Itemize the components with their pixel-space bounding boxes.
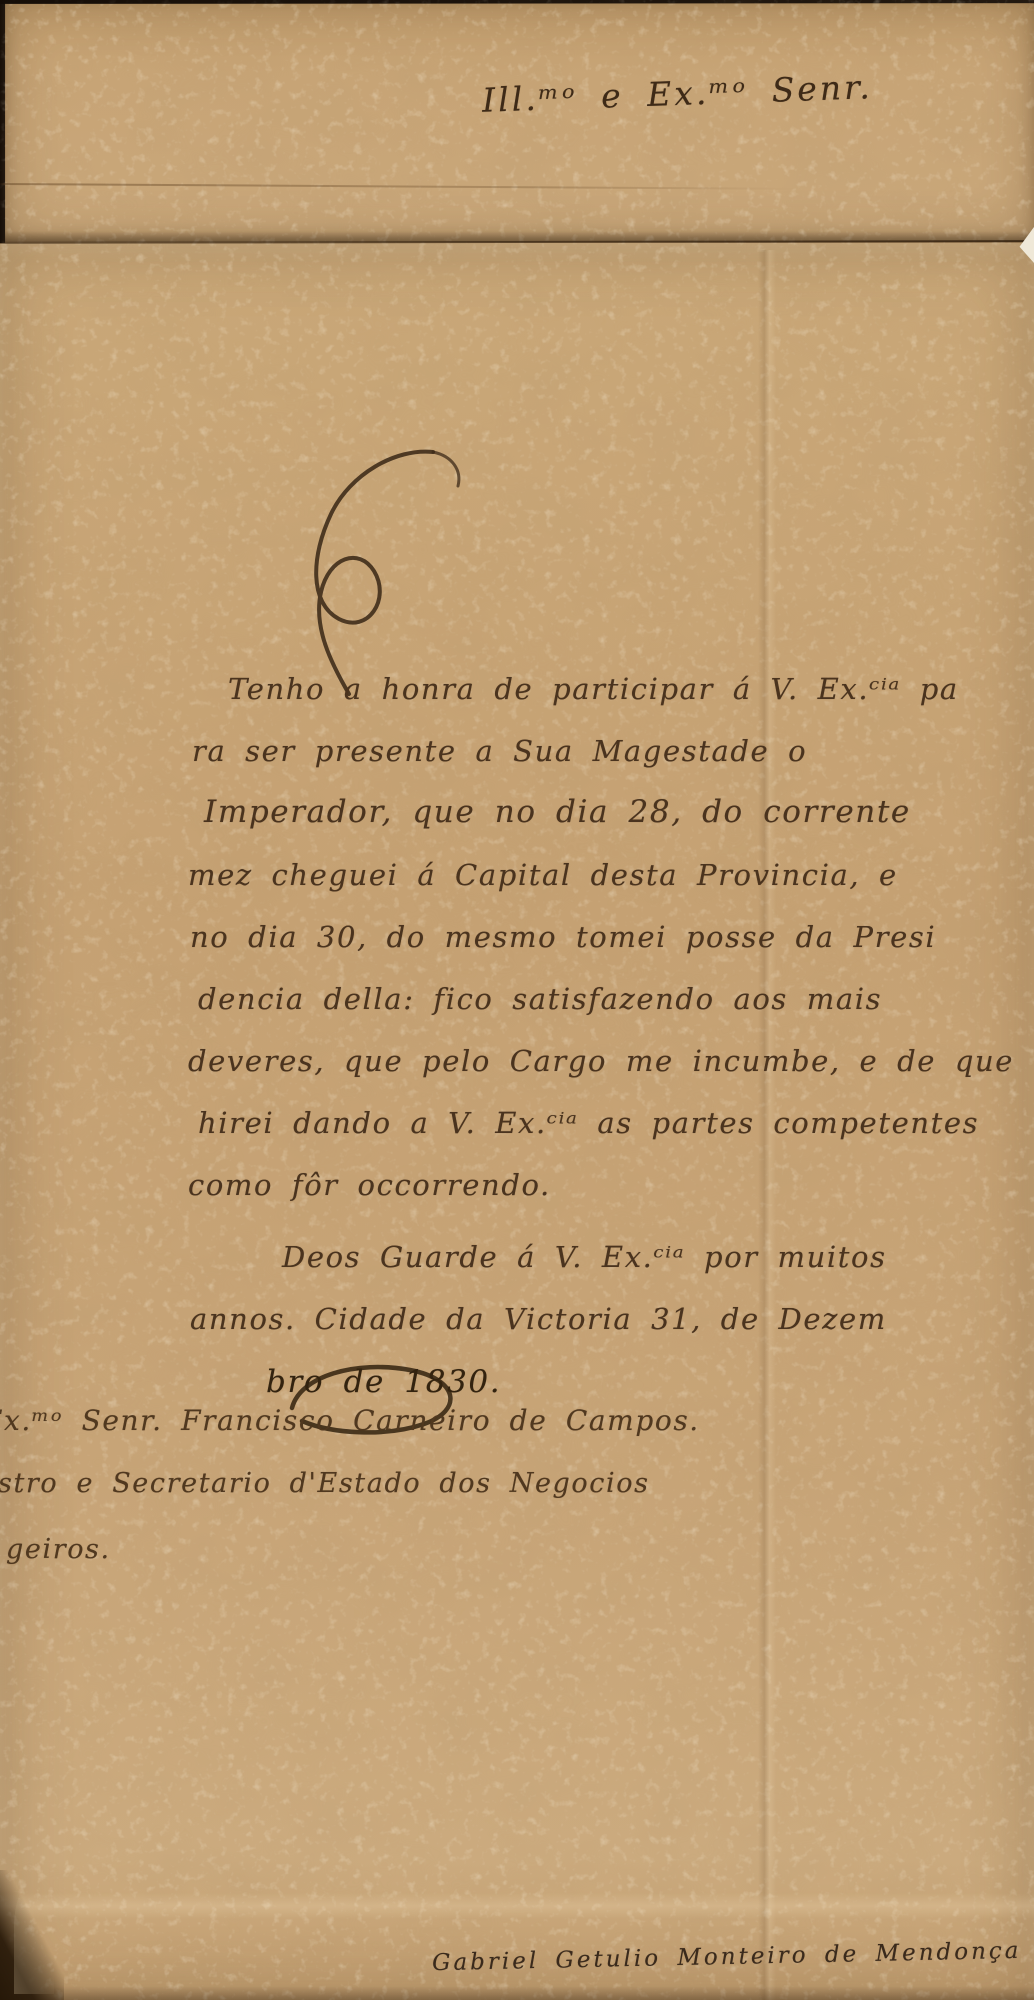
- bottom-edge-shadow: [0, 1986, 1034, 2000]
- addressee-line: Ex.ᵐᵒ Senr. Francisco Carneiro de Campos…: [0, 1404, 700, 1437]
- body-line: hirei dando a V. Ex.ᶜⁱᵃ as partes compet…: [198, 1106, 979, 1140]
- left-edge: [0, 0, 6, 243]
- fold-band: [0, 1893, 1034, 1919]
- manuscript-page: Ill.ᵐᵒ e Ex.ᵐᵒ Senr. Tenho a honra de pa…: [0, 0, 1034, 2000]
- body-line: como fôr occorrendo.: [188, 1168, 551, 1202]
- addressee-line: geiros.: [6, 1534, 111, 1565]
- closing-line: annos. Cidade da Victoria 31, de Dezem: [190, 1302, 887, 1336]
- body-line: ra ser presente a Sua Magestade o: [192, 734, 807, 768]
- addressee-line: stro e Secretario d'Estado dos Negocios: [0, 1468, 650, 1499]
- body-line: deveres, que pelo Cargo me incumbe, e de…: [188, 1044, 1014, 1078]
- corner-fold-highlight: [14, 1884, 54, 1994]
- date-line: bro de 1830.: [266, 1364, 501, 1400]
- paper-sheet-upper: [5, 3, 1034, 243]
- body-line: Imperador, que no dia 28, do corrente: [204, 794, 911, 830]
- body-line: mez cheguei á Capital desta Provincia, e: [188, 858, 898, 892]
- body-line: no dia 30, do mesmo tomei posse da Presi: [190, 920, 936, 954]
- top-edge: [0, 0, 1034, 4]
- body-line: Tenho a honra de participar á V. Ex.ᶜⁱᵃ …: [228, 672, 959, 706]
- closing-line: Deos Guarde á V. Ex.ᶜⁱᵃ por muitos: [282, 1240, 887, 1274]
- body-line: dencia della: fico satisfazendo aos mais: [198, 982, 882, 1016]
